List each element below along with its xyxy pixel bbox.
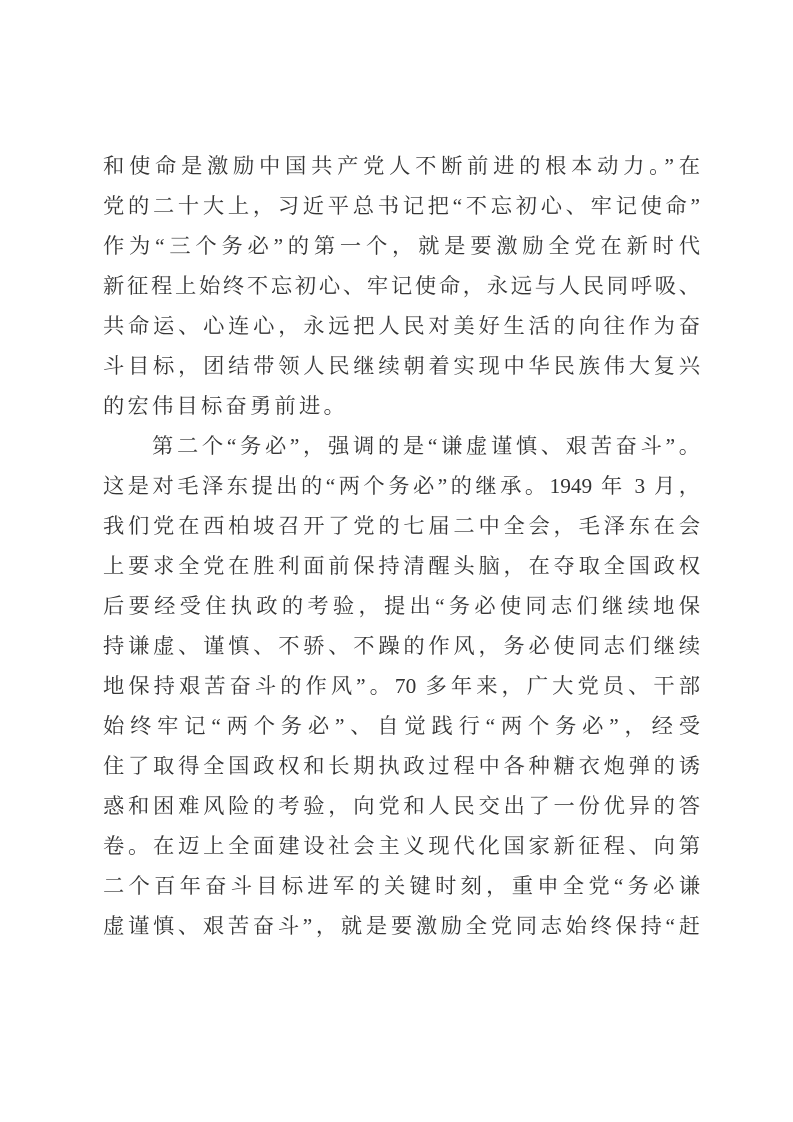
text-line: 和使命是激励中国共产党人不断前进的根本动力。”在	[103, 146, 700, 186]
text-line: 持谦虚、谨慎、不骄、不躁的作风，务必使同志们继续	[103, 626, 700, 666]
text-line: 后要经受住执政的考验，提出“务必使同志们继续地保	[103, 586, 700, 626]
text-line: 共命运、心连心，永远把人民对美好生活的向往作为奋	[103, 306, 700, 346]
text-line: 虚谨慎、艰苦奋斗”，就是要激励全党同志始终保持“赶	[103, 906, 700, 946]
text-line: 的宏伟目标奋勇前进。	[103, 386, 700, 426]
text-line: 上要求全党在胜利面前保持清醒头脑，在夺取全国政权	[103, 546, 700, 586]
text-line: 新征程上始终不忘初心、牢记使命，永远与人民同呼吸、	[103, 266, 700, 306]
text-line: 第二个“务必”，强调的是“谦虚谨慎、艰苦奋斗”。	[103, 426, 700, 466]
text-line: 这是对毛泽东提出的“两个务必”的继承。1949 年 3 月，	[103, 466, 700, 506]
text-line: 我们党在西柏坡召开了党的七届二中全会，毛泽东在会	[103, 506, 700, 546]
document-page: 和使命是激励中国共产党人不断前进的根本动力。”在 党的二十大上，习近平总书记把“…	[0, 0, 793, 1122]
text-line: 卷。在迈上全面建设社会主义现代化国家新征程、向第	[103, 826, 700, 866]
text-line: 斗目标，团结带领人民继续朝着实现中华民族伟大复兴	[103, 346, 700, 386]
text-line: 始终牢记“两个务必”、自觉践行“两个务必”，经受	[103, 706, 700, 746]
text-line: 作为“三个务必”的第一个，就是要激励全党在新时代	[103, 226, 700, 266]
text-line: 住了取得全国政权和长期执政过程中各种糖衣炮弹的诱	[103, 746, 700, 786]
document-text-block: 和使命是激励中国共产党人不断前进的根本动力。”在 党的二十大上，习近平总书记把“…	[103, 146, 700, 946]
text-line: 党的二十大上，习近平总书记把“不忘初心、牢记使命”	[103, 186, 700, 226]
text-line: 惑和困难风险的考验，向党和人民交出了一份优异的答	[103, 786, 700, 826]
text-line: 地保持艰苦奋斗的作风”。70 多年来，广大党员、干部	[103, 666, 700, 706]
text-line: 二个百年奋斗目标进军的关键时刻，重申全党“务必谦	[103, 866, 700, 906]
